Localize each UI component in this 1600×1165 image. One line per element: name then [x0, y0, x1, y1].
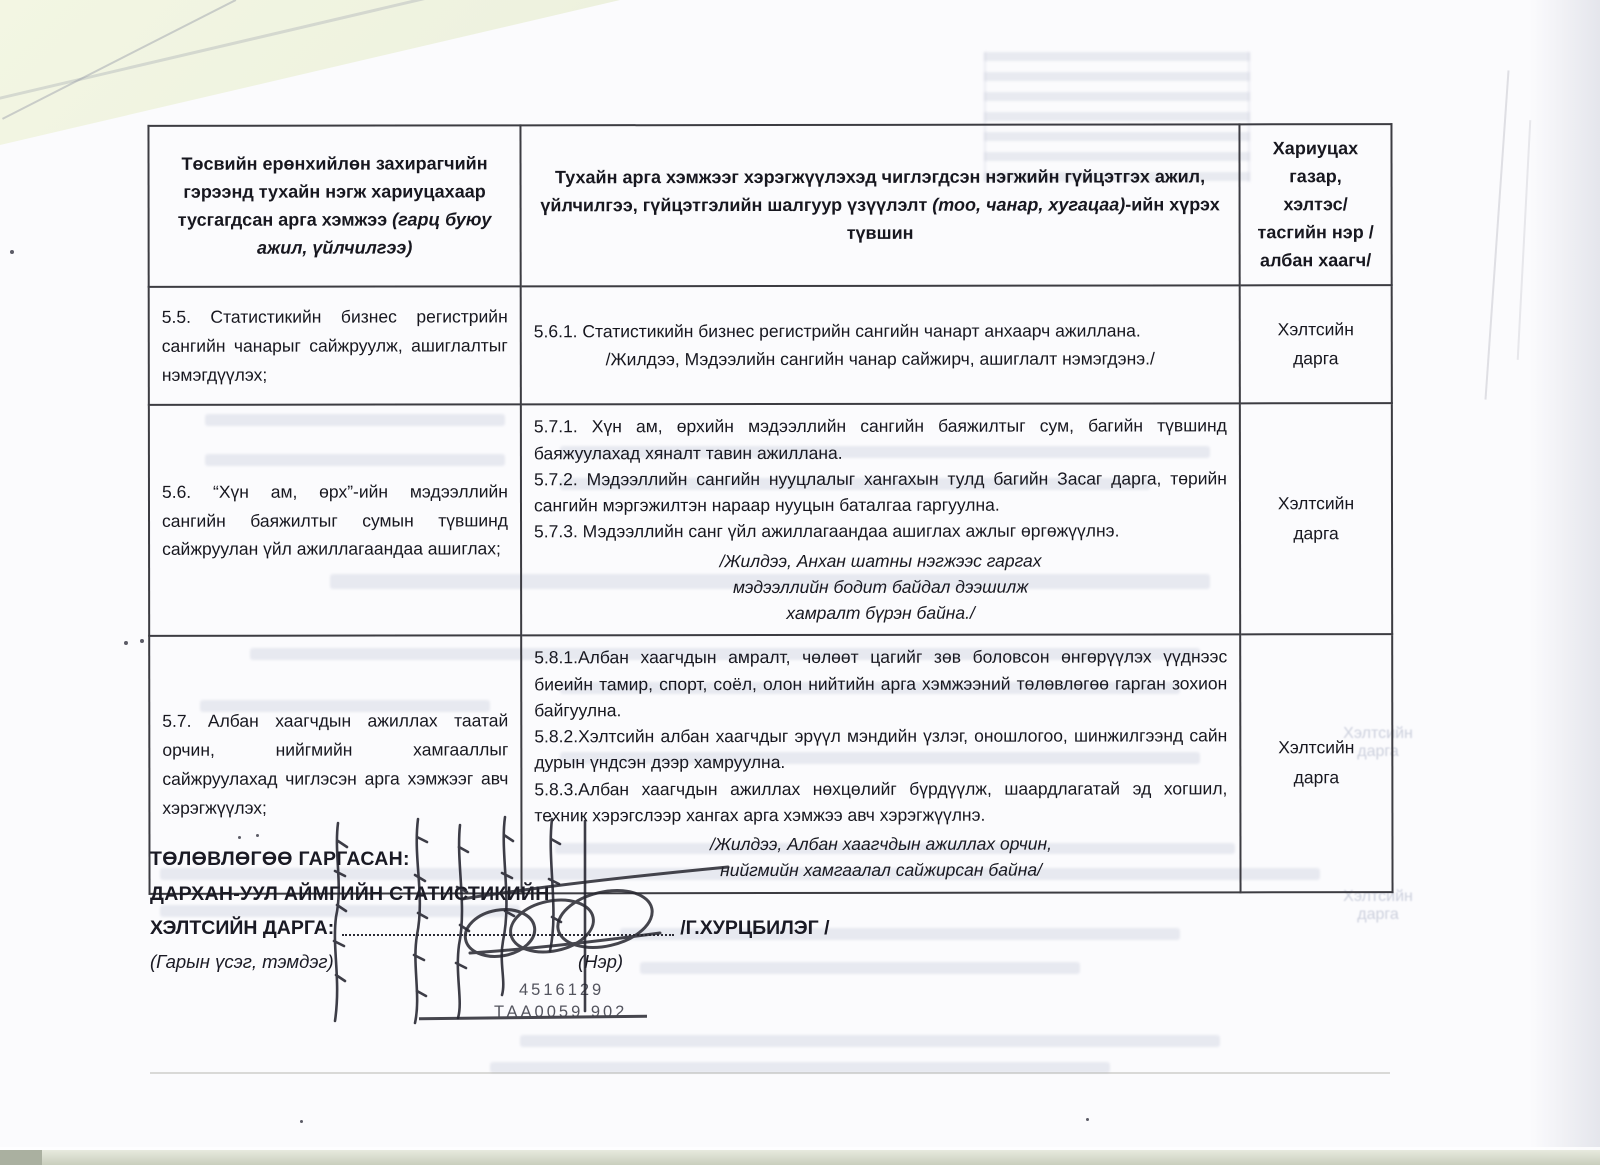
table-header-row: Төсвийн ерөнхийлөн захирагчийн гэрээнд т… — [148, 124, 1391, 287]
scan-bottom-edge — [0, 1150, 1600, 1165]
handwritten-signature — [300, 813, 740, 1038]
task-text: 5.7.1. Хүн ам, өрхийн мэдээллийн сангийн… — [534, 413, 1227, 545]
tasks-cell: 5.6.1. Статистикийн бизнес регистрийн са… — [521, 286, 1240, 405]
task-note-italic: /Жилдээ, Анхан шатны нэгжээс гаргах мэдэ… — [534, 547, 1227, 627]
scan-bottom-edge-dark — [0, 1150, 42, 1165]
responsible-cell: Хэлтсийн дарга — [1240, 286, 1392, 404]
ink-speck — [140, 639, 144, 643]
table-row: 5.6. “Хүн ам, өрх”-ийн мэдээллийн сангий… — [149, 404, 1392, 637]
scanned-document-page: Хэлтсийн дарга Хэлтсийн дарга Төсвийн ер… — [0, 0, 1600, 1165]
responsible-cell: Хэлтсийн дарга — [1240, 635, 1392, 892]
ink-speck — [300, 1120, 303, 1123]
measure-cell: 5.6. “Хүн ам, өрх”-ийн мэдээллийн сангий… — [149, 405, 521, 637]
task-text: 5.8.1.Албан хаагчдын амралт, чөлөөт цаги… — [534, 644, 1227, 829]
header-tasks: Тухайн арга хэмжээг хэрэгжүүлэхэд чиглэг… — [520, 124, 1239, 286]
responsible-cell: Хэлтсийн дарга — [1240, 404, 1392, 635]
bleedthrough-rule — [150, 1072, 1390, 1074]
ink-speck — [124, 641, 128, 645]
task-text: 5.6.1. Статистикийн бизнес регистрийн са… — [534, 318, 1227, 345]
plan-table: Төсвийн ерөнхийлөн захирагчийн гэрээнд т… — [147, 123, 1393, 894]
header-tasks-italic: (тоо, чанар, хугацаа) — [932, 194, 1125, 214]
measure-cell: 5.5. Статистикийн бизнес регистрийн санг… — [149, 287, 521, 406]
paper-fold-line — [1484, 70, 1509, 399]
task-note: /Жилдээ, Мэдээлийн сангийн чанар сайжирч… — [534, 346, 1227, 373]
ink-speck — [1086, 1118, 1089, 1121]
header-responsible: Хариуцах газар, хэлтэс/ тасгийн нэр /алб… — [1239, 124, 1391, 286]
ink-speck — [10, 250, 14, 254]
scan-right-shadow — [1530, 0, 1600, 1165]
tasks-cell: 5.7.1. Хүн ам, өрхийн мэдээллийн сангийн… — [521, 404, 1240, 636]
bleedthrough-label: Хэлтсийн дарга — [1318, 888, 1438, 924]
header-measure: Төсвийн ерөнхийлөн захирагчийн гэрээнд т… — [148, 125, 520, 287]
table-row: 5.5. Статистикийн бизнес регистрийн санг… — [149, 286, 1392, 406]
